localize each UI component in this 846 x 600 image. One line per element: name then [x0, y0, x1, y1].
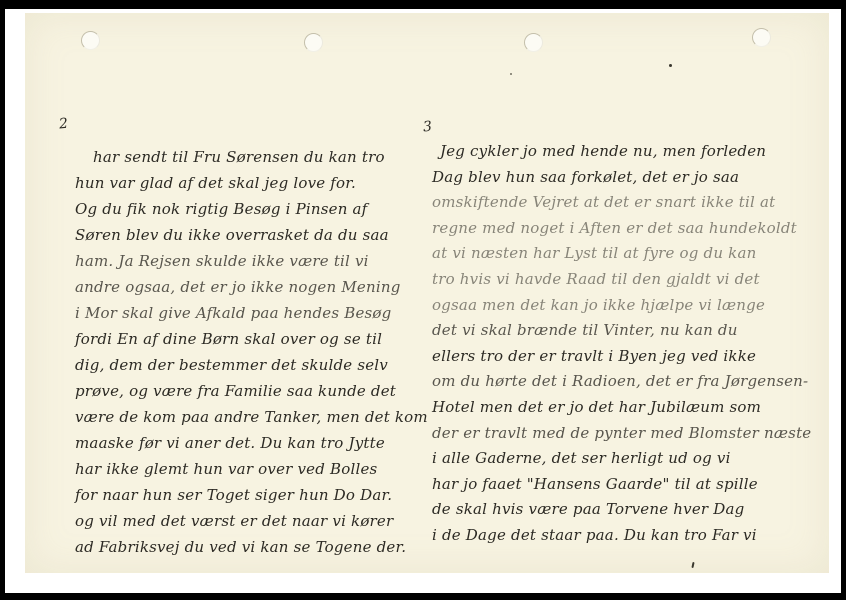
punch-hole-icon: [524, 33, 543, 52]
text-line: har ikke glemt hun var over ved Bolles: [75, 456, 420, 482]
ink-speck: [669, 64, 672, 67]
text-line: hun var glad af det skal jeg love for.: [75, 170, 420, 196]
scan-frame: 2 3 har sendt til Fru Sørensen du kan tr…: [0, 0, 846, 600]
text-line: og vil med det værst er det naar vi køre…: [75, 508, 420, 534]
letter-paper: 2 3 har sendt til Fru Sørensen du kan tr…: [25, 13, 829, 573]
text-line: i Mor skal give Afkald paa hendes Besøg: [75, 300, 420, 326]
punch-hole-icon: [81, 31, 100, 50]
text-line: tro hvis vi havde Raad til den gjaldt vi…: [432, 267, 792, 293]
text-line: dig, dem der bestemmer det skulde selv: [75, 352, 420, 378]
text-line: regne med noget i Aften er det saa hunde…: [432, 216, 792, 242]
text-line: Og du fik nok rigtig Besøg i Pinsen af: [75, 196, 420, 222]
handwritten-text-page-3: Jeg cykler jo med hende nu, men forleden…: [432, 139, 792, 549]
text-line: har jo faaet "Hansens Gaarde" til at spi…: [432, 472, 792, 498]
text-line: ad Fabriksvej du ved vi kan se Togene de…: [75, 534, 420, 560]
text-line: ogsaa men det kan jo ikke hjælpe vi læng…: [432, 293, 792, 319]
text-line: det vi skal brænde til Vinter, nu kan du: [432, 318, 792, 344]
page-number-right: 3: [422, 119, 433, 136]
text-line: ellers tro der er travlt i Byen jeg ved …: [432, 344, 792, 370]
text-line: Søren blev du ikke overrasket da du saa: [75, 222, 420, 248]
text-line: omskiftende Vejret at det er snart ikke …: [432, 190, 792, 216]
text-line: at vi næsten har Lyst til at fyre og du …: [432, 241, 792, 267]
punch-hole-icon: [752, 28, 771, 47]
text-line: har sendt til Fru Sørensen du kan tro: [75, 144, 420, 170]
text-line: i alle Gaderne, det ser herligt ud og vi: [432, 446, 792, 472]
text-line: andre ogsaa, det er jo ikke nogen Mening: [75, 274, 420, 300]
text-line: maaske før vi aner det. Du kan tro Jytte: [75, 430, 420, 456]
text-line: Dag blev hun saa forkølet, det er jo saa: [432, 165, 792, 191]
ink-speck: [691, 562, 694, 568]
text-line: i de Dage det staar paa. Du kan tro Far …: [432, 523, 792, 549]
scan-mat: 2 3 har sendt til Fru Sørensen du kan tr…: [5, 9, 841, 593]
ink-speck: [510, 73, 512, 75]
text-line: fordi En af dine Børn skal over og se ti…: [75, 326, 420, 352]
page-number-left: 2: [58, 116, 69, 133]
text-line: Jeg cykler jo med hende nu, men forleden: [432, 139, 792, 165]
text-line: prøve, og være fra Familie saa kunde det: [75, 378, 420, 404]
text-line: Hotel men det er jo det har Jubilæum som: [432, 395, 792, 421]
handwritten-text-page-2: har sendt til Fru Sørensen du kan tro hu…: [75, 144, 420, 560]
text-line: for naar hun ser Toget siger hun Do Dar.: [75, 482, 420, 508]
text-line: om du hørte det i Radioen, det er fra Jø…: [432, 369, 792, 395]
text-line: de skal hvis være paa Torvene hver Dag: [432, 497, 792, 523]
text-line: være de kom paa andre Tanker, men det ko…: [75, 404, 420, 430]
text-line: der er travlt med de pynter med Blomster…: [432, 421, 792, 447]
punch-hole-icon: [304, 33, 323, 52]
text-line: ham. Ja Rejsen skulde ikke være til vi: [75, 248, 420, 274]
